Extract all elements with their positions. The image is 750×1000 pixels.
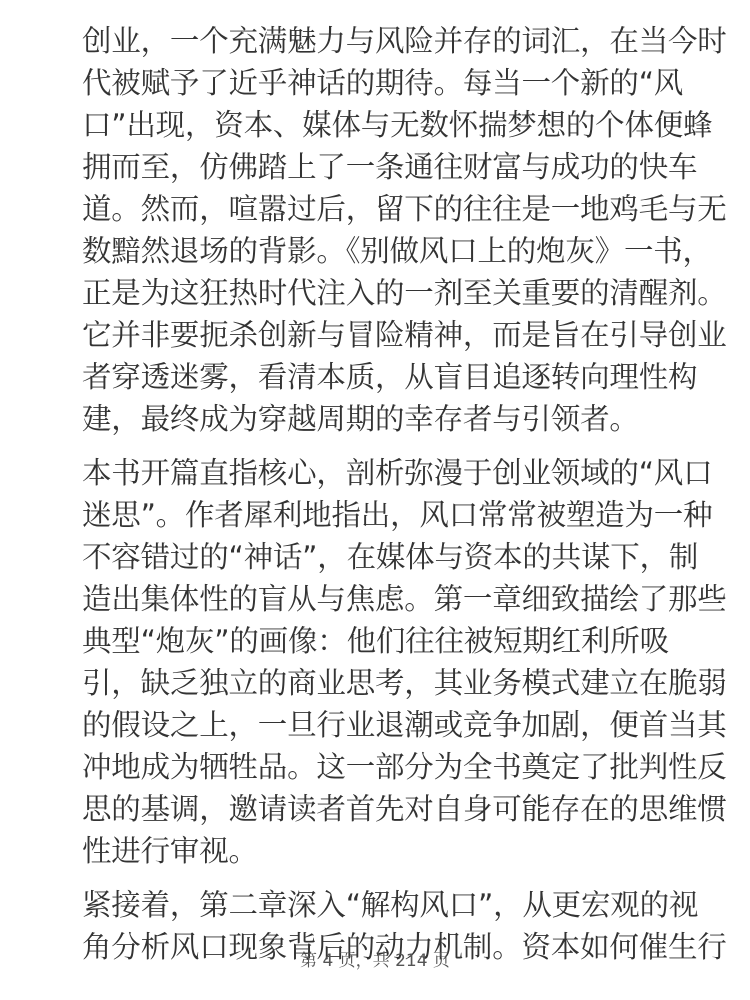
paragraph-intro: 创业，一个充满魅力与风险并存的词汇，在当今时 代被赋予了近乎神话的期待。每当一个… <box>82 20 668 440</box>
text-line: 本书开篇直指核心，剖析弥漫于创业领域的“风口 <box>82 452 668 494</box>
document-page: 创业，一个充满魅力与风险并存的词汇，在当今时 代被赋予了近乎神话的期待。每当一个… <box>82 20 668 980</box>
text-line: 不容错过的“神话”，在媒体与资本的共谋下，制 <box>82 536 668 578</box>
text-line: 代被赋予了近乎神话的期待。每当一个新的“风 <box>82 62 668 104</box>
text-line: 引，缺乏独立的商业思考，其业务模式建立在脆弱 <box>82 662 668 704</box>
text-line: 迷思”。作者犀利地指出，风口常常被塑造为一种 <box>82 494 668 536</box>
paragraph-chapter-one: 本书开篇直指核心，剖析弥漫于创业领域的“风口 迷思”。作者犀利地指出，风口常常被… <box>82 452 668 872</box>
text-line: 它并非要扼杀创新与冒险精神，而是旨在引导创业 <box>82 314 668 356</box>
text-line: 数黯然退场的背影。《别做风口上的炮灰》一书， <box>82 230 668 272</box>
text-line: 思的基调，邀请读者首先对自身可能存在的思维惯 <box>82 788 668 830</box>
text-line: 造出集体性的盲从与焦虑。第一章细致描绘了那些 <box>82 578 668 620</box>
text-line: 正是为这狂热时代注入的一剂至关重要的清醒剂。 <box>82 272 668 314</box>
text-line: 道。然而，喧嚣过后，留下的往往是一地鸡毛与无 <box>82 188 668 230</box>
text-line: 口”出现，资本、媒体与无数怀揣梦想的个体便蜂 <box>82 104 668 146</box>
text-line: 建，最终成为穿越周期的幸存者与引领者。 <box>82 398 668 440</box>
text-line: 性进行审视。 <box>82 830 668 872</box>
text-line: 创业，一个充满魅力与风险并存的词汇，在当今时 <box>82 20 668 62</box>
text-line: 的假设之上，一旦行业退潮或竞争加剧，便首当其 <box>82 704 668 746</box>
page-indicator: 第 4 页，共 214 页 <box>0 946 750 971</box>
text-line: 典型“炮灰”的画像：他们往往被短期红利所吸 <box>82 620 668 662</box>
text-line: 紧接着，第二章深入“解构风口”，从更宏观的视 <box>82 884 668 926</box>
text-line: 冲地成为牺牲品。这一部分为全书奠定了批判性反 <box>82 746 668 788</box>
text-line: 拥而至，仿佛踏上了一条通往财富与成功的快车 <box>82 146 668 188</box>
text-line: 者穿透迷雾，看清本质，从盲目追逐转向理性构 <box>82 356 668 398</box>
